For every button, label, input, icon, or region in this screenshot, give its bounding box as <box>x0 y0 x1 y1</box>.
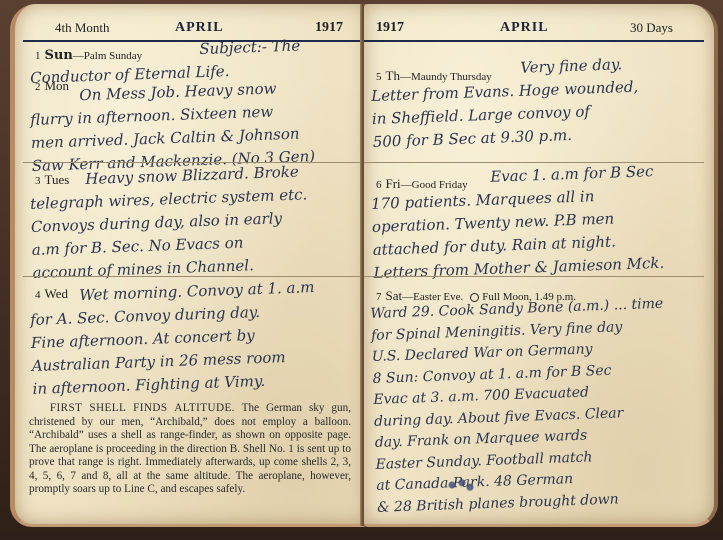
entry-day-4: Wet morning. Convoy at 1. a.m for A. Sec… <box>29 276 318 401</box>
entry-day-3: Heavy snow Blizzard. Broke telegraph wir… <box>29 160 310 285</box>
entry-day-6: Evac 1. a.m for B Sec 170 patients. Marq… <box>370 160 665 285</box>
note-body: The German sky gun, christened by our me… <box>29 402 351 495</box>
day-divider <box>23 162 363 163</box>
page-header: 4th Month APRIL 1917 <box>15 16 367 38</box>
diary-page-right: 1917 APRIL 30 Days 5Th—Maundy Thursday V… <box>364 4 718 527</box>
entry-day-7: Ward 29. Cook Sandy Bone (a.m.) ... time… <box>370 294 670 519</box>
diary-page-left: 4th Month APRIL 1917 1Sun—Palm Sunday Su… <box>10 4 367 527</box>
year: 1917 <box>376 20 404 36</box>
entry-day-5: Very fine day. Letter from Evans. Hoge w… <box>370 53 640 154</box>
month-title: APRIL <box>175 20 224 36</box>
month-title: APRIL <box>500 20 549 36</box>
day-divider <box>364 276 704 277</box>
note-title: FIRST SHELL FINDS ALTITUDE. <box>50 402 235 414</box>
year: 1917 <box>315 20 343 36</box>
ink-stamp-icon <box>440 474 480 496</box>
page-header: 1917 APRIL 30 Days <box>364 16 714 38</box>
month-number: 4th Month <box>55 20 110 36</box>
days-in-month: 30 Days <box>630 20 673 36</box>
printed-note: FIRST SHELL FINDS ALTITUDE. The German s… <box>29 402 351 497</box>
header-rule <box>364 40 704 42</box>
